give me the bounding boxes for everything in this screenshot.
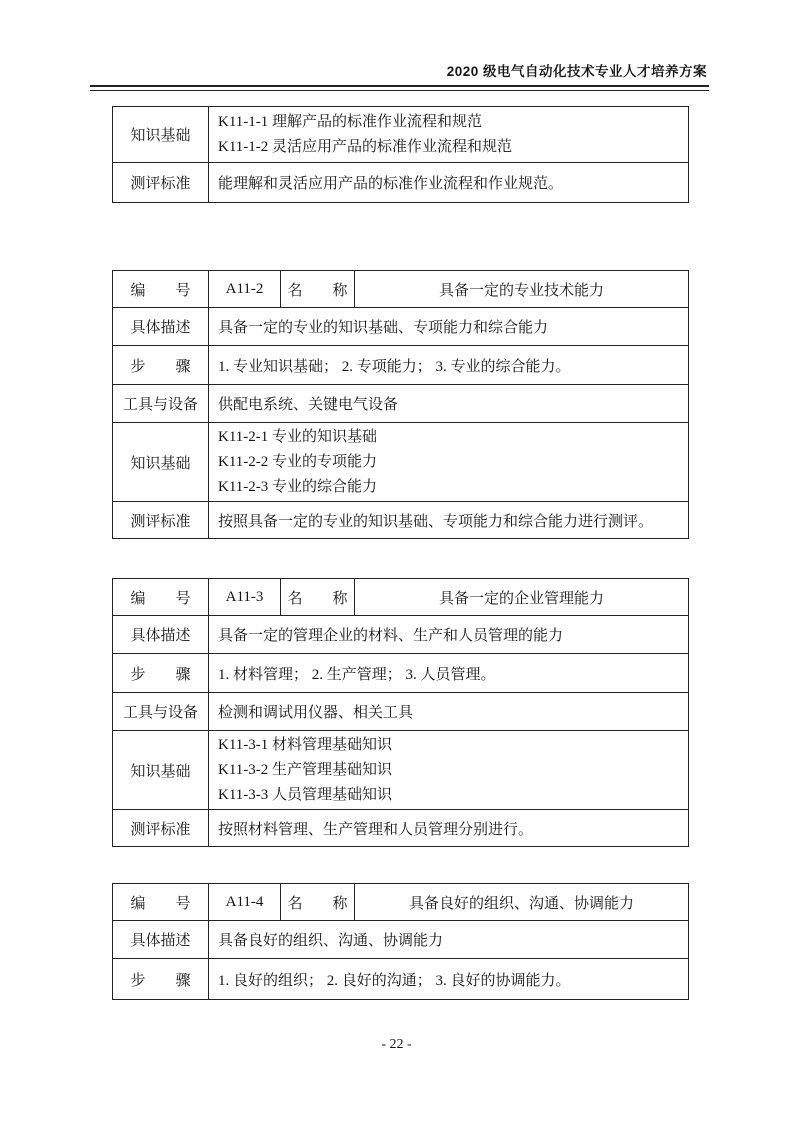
- page-number: - 22 -: [0, 1037, 793, 1053]
- name-value: 具备一定的企业管理能力: [354, 579, 688, 615]
- page-header-title: 2020 级电气自动化技术专业人才培养方案: [90, 60, 707, 80]
- table-k11-1-continuation: 知识基础 K11-1-1 理解产品的标准作业流程和规范 K11-1-2 灵活应用…: [112, 106, 689, 203]
- field-label-steps: 步 骤: [113, 959, 208, 999]
- header-double-rule: [90, 85, 709, 91]
- knowledge-item: K11-3-1 材料管理基础知识: [218, 733, 392, 758]
- steps-text: 1. 专业知识基础； 2. 专项能力； 3. 专业的综合能力。: [208, 346, 688, 384]
- tools-text: 供配电系统、关键电气设备: [208, 385, 688, 422]
- field-label-number: 编 号: [113, 884, 208, 920]
- knowledge-item: K11-3-3 人员管理基础知识: [218, 783, 392, 808]
- field-label-tools: 工具与设备: [113, 385, 208, 422]
- description-text: 具备良好的组织、沟通、协调能力: [208, 921, 688, 958]
- field-label-description: 具体描述: [113, 308, 208, 345]
- knowledge-item: K11-1-1 理解产品的标准作业流程和规范: [218, 110, 482, 135]
- field-label-name: 名 称: [280, 884, 354, 920]
- knowledge-item: K11-2-1 专业的知识基础: [218, 425, 377, 450]
- field-label-description: 具体描述: [113, 921, 208, 958]
- field-label-tools: 工具与设备: [113, 693, 208, 730]
- field-label-steps: 步 骤: [113, 346, 208, 384]
- number-value: A11-2: [208, 271, 280, 307]
- field-label-evaluation: 测评标准: [113, 502, 208, 538]
- field-label-knowledge: 知识基础: [113, 423, 208, 501]
- field-label-name: 名 称: [280, 271, 354, 307]
- evaluation-text: 能理解和灵活应用产品的标准作业流程和作业规范。: [208, 163, 688, 202]
- field-label-knowledge: 知识基础: [113, 107, 208, 162]
- evaluation-text: 按照具备一定的专业的知识基础、专项能力和综合能力进行测评。: [208, 502, 688, 538]
- knowledge-items: K11-1-1 理解产品的标准作业流程和规范 K11-1-2 灵活应用产品的标准…: [208, 107, 688, 162]
- knowledge-items: K11-3-1 材料管理基础知识 K11-3-2 生产管理基础知识 K11-3-…: [208, 731, 688, 809]
- knowledge-items: K11-2-1 专业的知识基础 K11-2-2 专业的专项能力 K11-2-3 …: [208, 423, 688, 501]
- name-value: 具备一定的专业技术能力: [354, 271, 688, 307]
- field-label-evaluation: 测评标准: [113, 163, 208, 202]
- description-text: 具备一定的专业的知识基础、专项能力和综合能力: [208, 308, 688, 345]
- field-label-steps: 步 骤: [113, 654, 208, 692]
- tools-text: 检测和调试用仪器、相关工具: [208, 693, 688, 730]
- knowledge-item: K11-2-3 专业的综合能力: [218, 475, 377, 500]
- field-label-name: 名 称: [280, 579, 354, 615]
- document-page: 2020 级电气自动化技术专业人才培养方案 知识基础 K11-1-1 理解产品的…: [0, 0, 793, 1122]
- knowledge-item: K11-3-2 生产管理基础知识: [218, 758, 392, 783]
- field-label-number: 编 号: [113, 579, 208, 615]
- name-value: 具备良好的组织、沟通、协调能力: [354, 884, 688, 920]
- table-a11-3: 编 号 A11-3 名 称 具备一定的企业管理能力 具体描述 具备一定的管理企业…: [112, 578, 689, 847]
- field-label-knowledge: 知识基础: [113, 731, 208, 809]
- steps-text: 1. 良好的组织； 2. 良好的沟通； 3. 良好的协调能力。: [208, 959, 688, 999]
- number-value: A11-3: [208, 579, 280, 615]
- field-label-description: 具体描述: [113, 616, 208, 653]
- knowledge-item: K11-2-2 专业的专项能力: [218, 450, 377, 475]
- steps-text: 1. 材料管理； 2. 生产管理； 3. 人员管理。: [208, 654, 688, 692]
- table-a11-4: 编 号 A11-4 名 称 具备良好的组织、沟通、协调能力 具体描述 具备良好的…: [112, 883, 689, 1000]
- evaluation-text: 按照材料管理、生产管理和人员管理分别进行。: [208, 810, 688, 846]
- knowledge-item: K11-1-2 灵活应用产品的标准作业流程和规范: [218, 135, 512, 160]
- field-label-number: 编 号: [113, 271, 208, 307]
- field-label-evaluation: 测评标准: [113, 810, 208, 846]
- description-text: 具备一定的管理企业的材料、生产和人员管理的能力: [208, 616, 688, 653]
- table-a11-2: 编 号 A11-2 名 称 具备一定的专业技术能力 具体描述 具备一定的专业的知…: [112, 270, 689, 539]
- number-value: A11-4: [208, 884, 280, 920]
